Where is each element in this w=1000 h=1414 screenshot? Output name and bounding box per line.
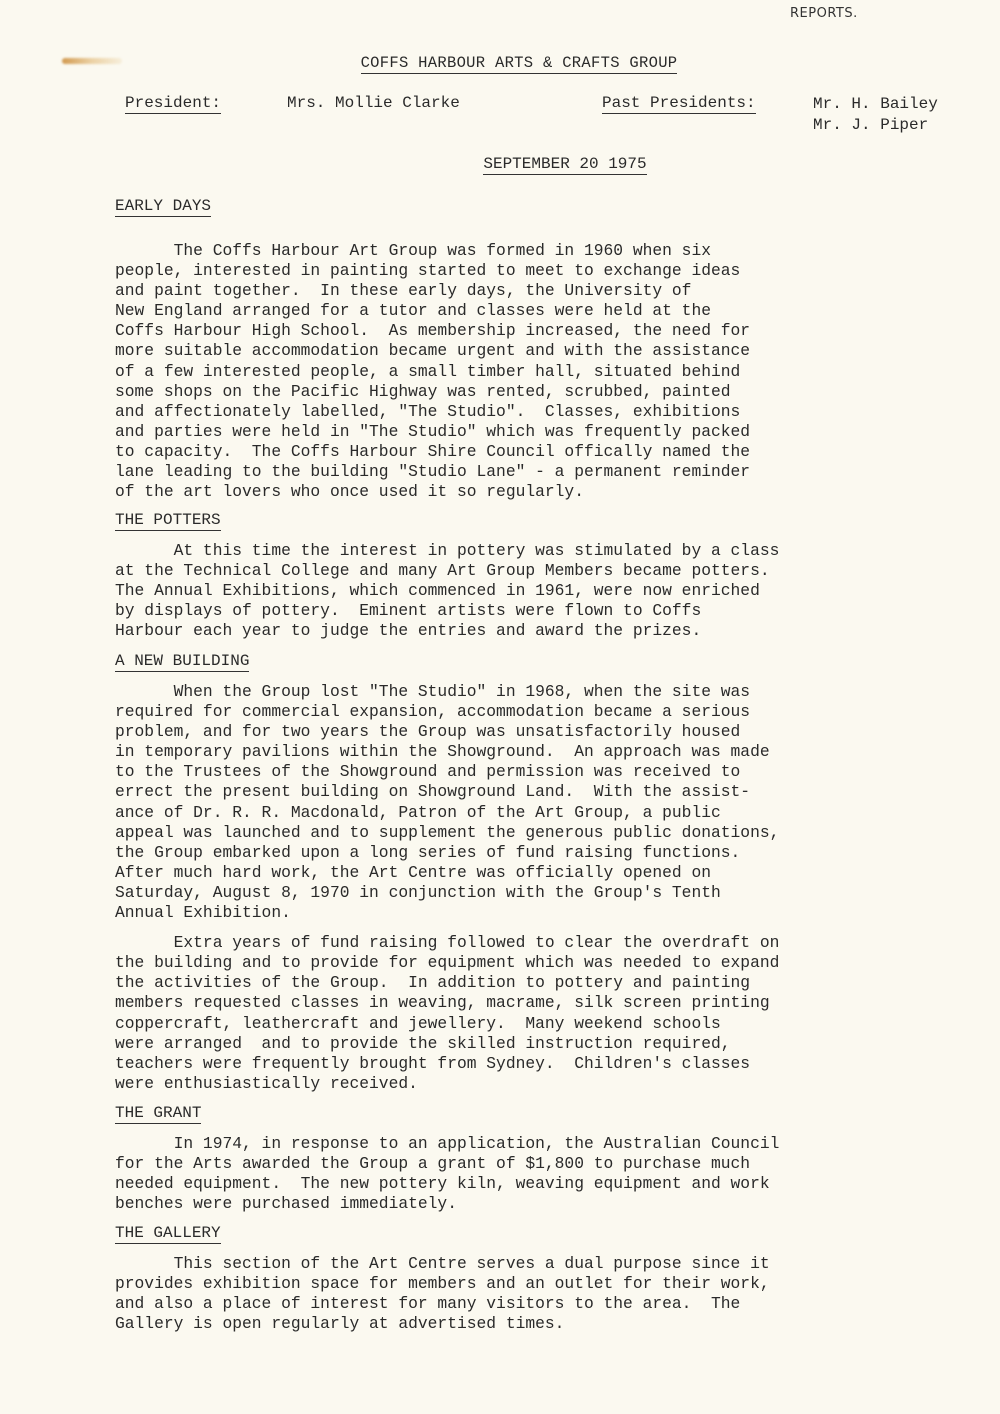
section-the-potters: THE POTTERS At this time the interest in… (115, 510, 975, 641)
organization-title: COFFS HARBOUR ARTS & CRAFTS GROUP (0, 54, 1000, 72)
section-heading: THE POTTERS (115, 511, 221, 531)
section-paragraph: The Coffs Harbour Art Group was formed i… (115, 241, 975, 502)
section-heading: EARLY DAYS (115, 197, 211, 217)
past-president: Mr. H. Bailey (813, 94, 938, 115)
president-label: President: (125, 94, 221, 114)
past-presidents-list: Mr. H. Bailey Mr. J. Piper (813, 94, 938, 136)
section-the-gallery: THE GALLERY This section of the Art Cent… (115, 1223, 975, 1334)
date-text: SEPTEMBER 20 1975 (483, 155, 646, 175)
document-page: REPORTS. COFFS HARBOUR ARTS & CRAFTS GRO… (0, 0, 1000, 1414)
section-paragraph: At this time the interest in pottery was… (115, 541, 975, 641)
section-heading: THE GRANT (115, 1104, 201, 1124)
president-name: Mrs. Mollie Clarke (287, 94, 460, 112)
section-heading: THE GALLERY (115, 1224, 221, 1244)
officers-block: President: Mrs. Mollie Clarke Past Presi… (125, 94, 970, 114)
section-early-days: EARLY DAYS The Coffs Harbour Art Group w… (115, 196, 975, 502)
section-heading: A NEW BUILDING (115, 652, 249, 672)
section-paragraph: Extra years of fund raising followed to … (115, 933, 975, 1094)
section-paragraph: In 1974, in response to an application, … (115, 1134, 975, 1214)
past-president: Mr. J. Piper (813, 115, 938, 136)
section-paragraph: When the Group lost "The Studio" in 1968… (115, 682, 975, 923)
section-paragraph: This section of the Art Centre serves a … (115, 1254, 975, 1334)
section-new-building: A NEW BUILDING When the Group lost "The … (115, 651, 975, 1094)
document-date: SEPTEMBER 20 1975 (0, 155, 1000, 173)
section-the-grant: THE GRANT In 1974, in response to an app… (115, 1103, 975, 1214)
past-presidents-label: Past Presidents: (602, 94, 756, 114)
handwritten-annotation: REPORTS. (790, 6, 858, 21)
organization-name: COFFS HARBOUR ARTS & CRAFTS GROUP (361, 54, 678, 74)
